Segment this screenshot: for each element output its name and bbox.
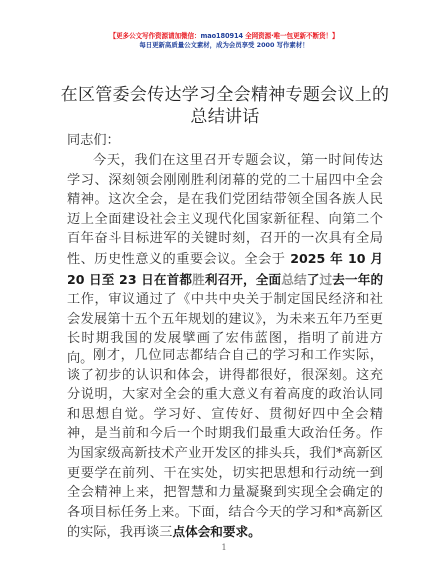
para1-bold-le: 了 (307, 272, 320, 287)
para1-gray-text: 总结 (281, 272, 306, 287)
salutation: 同志们： (67, 131, 383, 151)
para1-bold-tail: 去一年的 (332, 272, 383, 287)
paragraph-2: 刚才，几位同志都结合自己的学习和工作实际，谈了初步的认识和体会，讲得都很好，很深… (67, 346, 383, 543)
para1-gray-guo: 过 (320, 272, 333, 287)
promo-banner-line1: 【更多公文写作资源请加微信：mao180914 全网资源·唯一包更新不断货！】 (0, 30, 448, 40)
promo-banner-line2: 每日更新高质量公文素材，成为会员享受 2000 写作素材！ (0, 40, 448, 49)
document-title: 在区管委会传达学习全会精神专题会议上的总结讲话 (60, 84, 390, 128)
para2-bold-tail: 点体会和要求。 (173, 524, 261, 539)
document-page: 【更多公文写作资源请加微信：mao180914 全网资源·唯一包更新不断货！】 … (0, 0, 448, 580)
page-number: 1 (0, 543, 448, 552)
promo-text-red-tail: 全网资源·唯一包更新不断货！】 (243, 32, 339, 40)
promo-wechat-id: mao180914 (200, 32, 242, 40)
para1-gray-char: 胜 (192, 272, 205, 287)
paragraph-1: 今天，我们在这里召开专题会议，第一时间传达学习、深刻领会刚刚胜利闭幕的党的二十届… (67, 151, 383, 369)
para1-bold-text: 利召开，全面 (205, 272, 281, 287)
para1-text: 今天，我们在这里召开专题会议，第一时间传达学习、深刻领会刚刚胜利闭幕的党的二十届… (67, 153, 383, 267)
para2-text: 刚才，几位同志都结合自己的学习和工作实际，谈了初步的认识和体会，讲得都很好，很深… (67, 348, 383, 540)
promo-text-red: 【更多公文写作资源请加微信： (110, 32, 201, 40)
